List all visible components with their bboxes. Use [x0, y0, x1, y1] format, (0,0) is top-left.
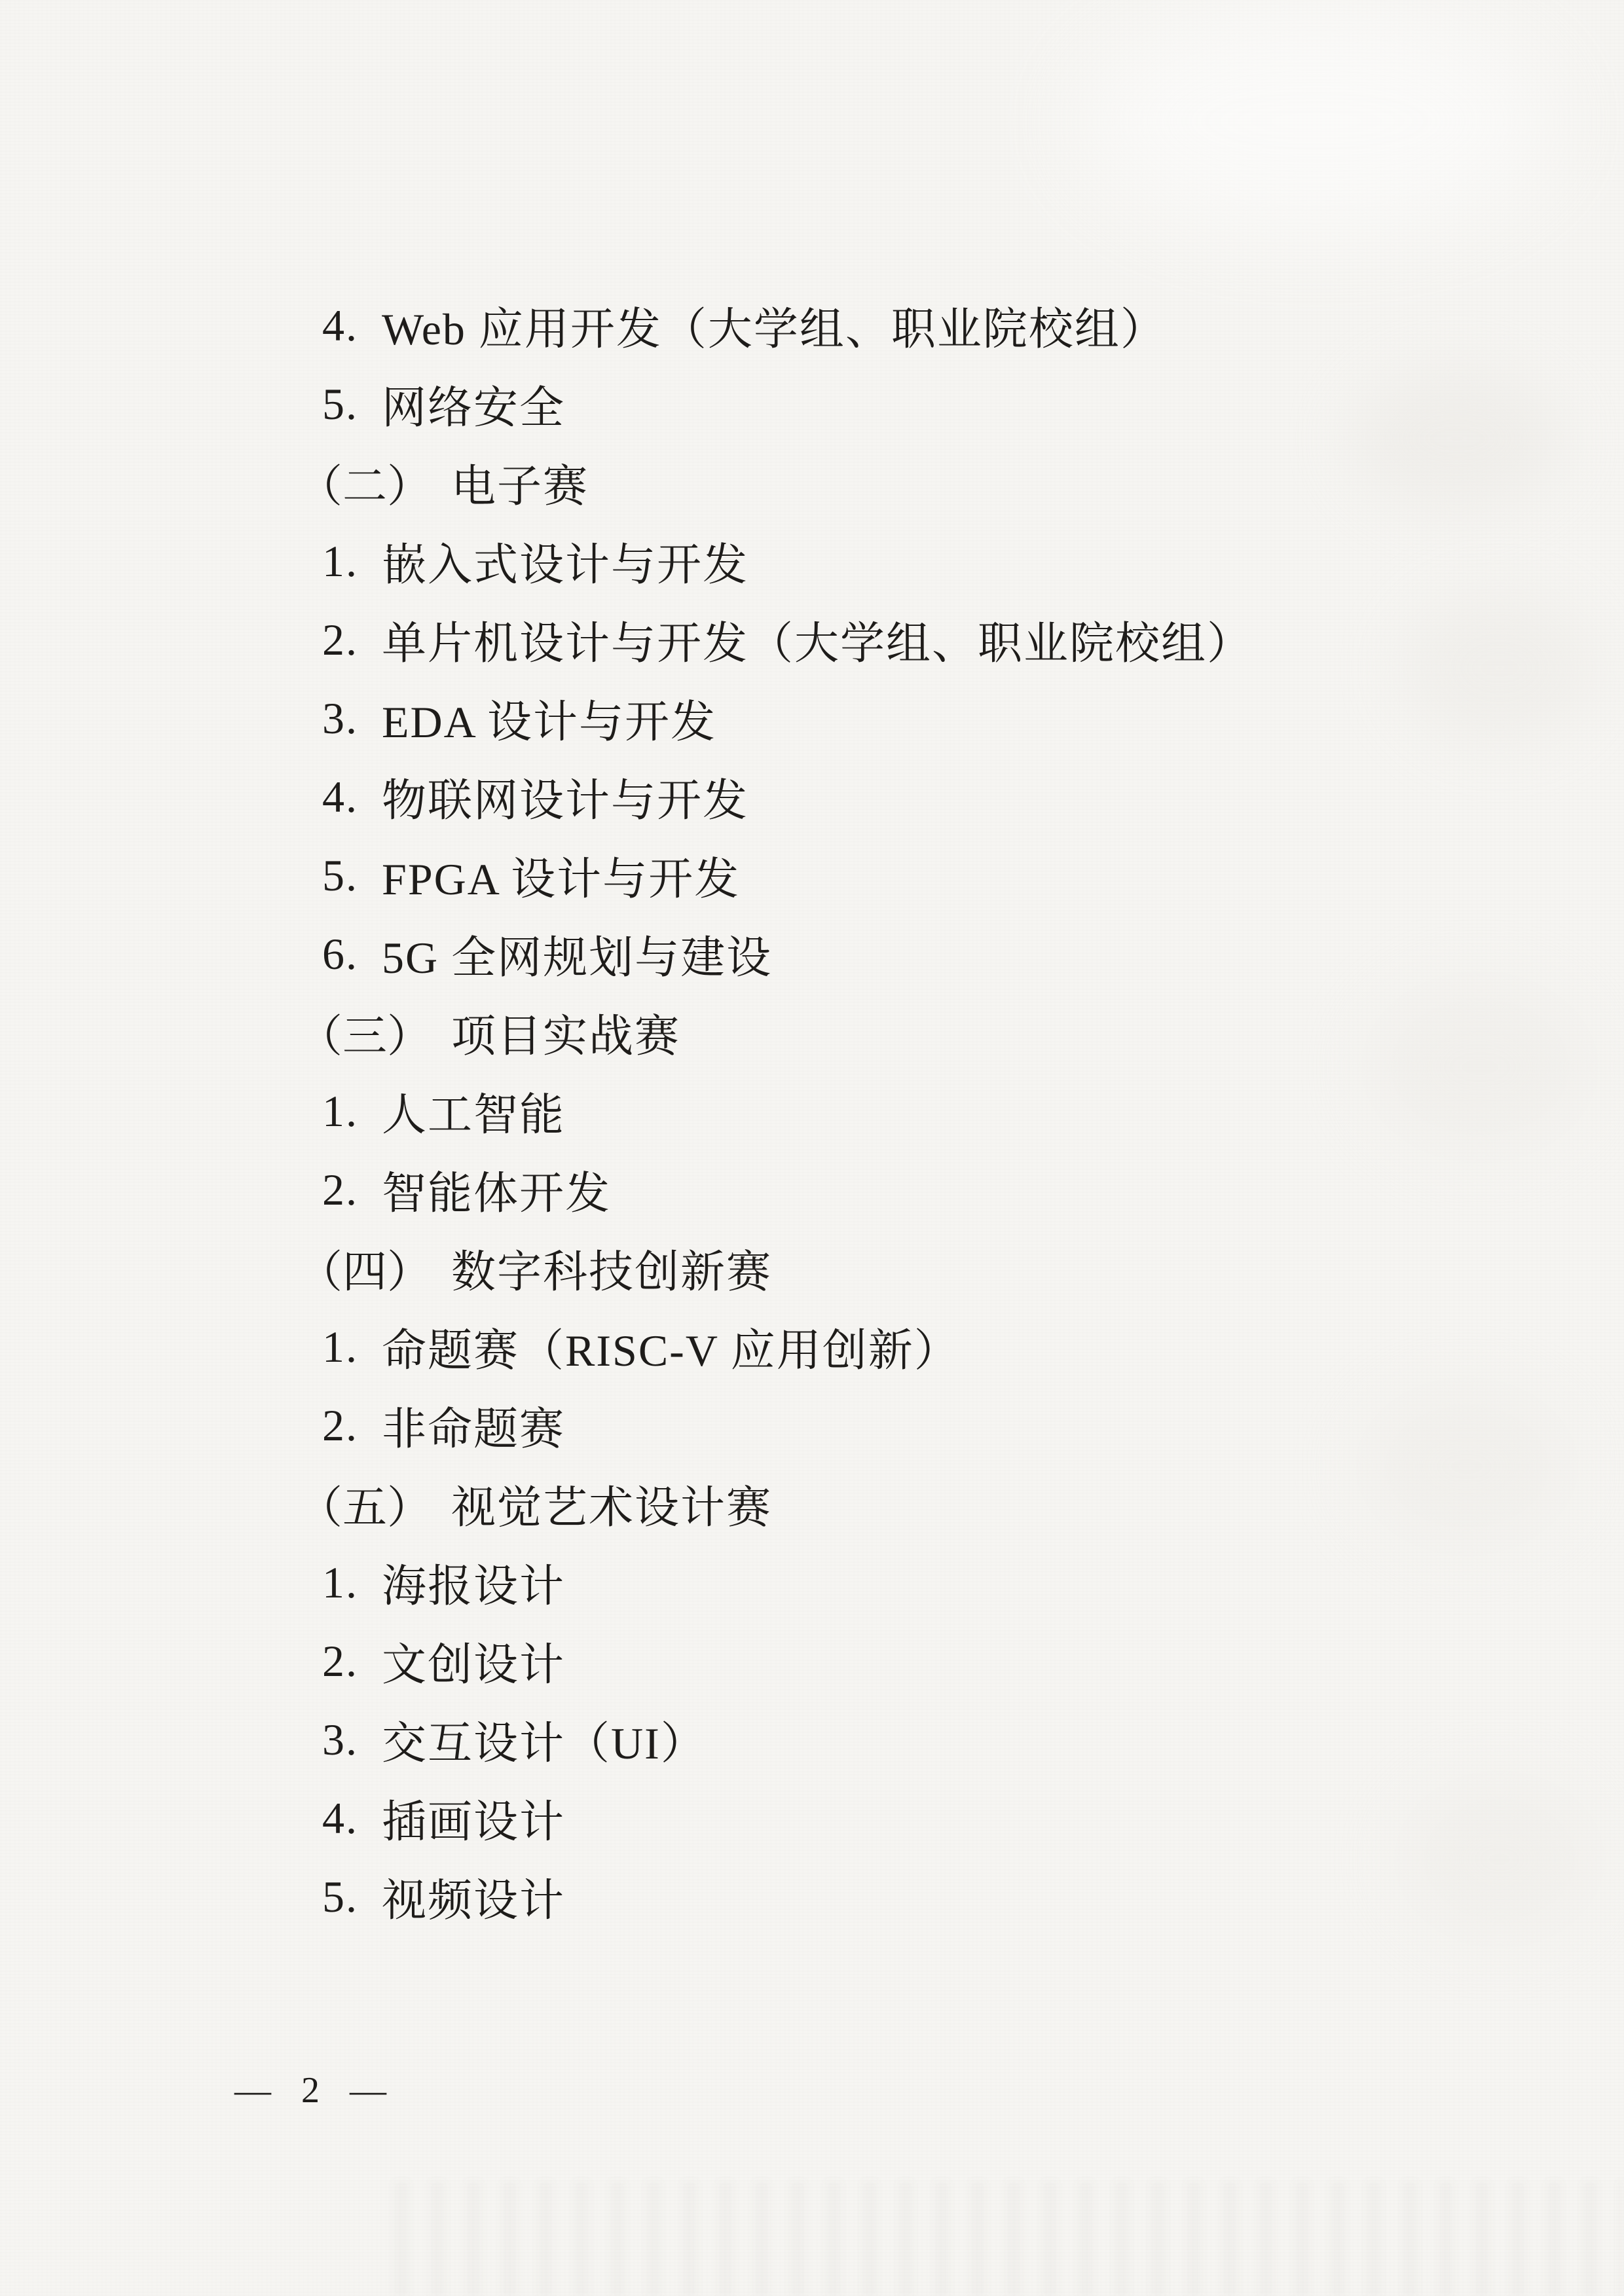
- scan-artifact-band: [393, 2180, 1624, 2296]
- scan-artifact-light-streak: [1080, 13, 1552, 229]
- list-item-text: Web 应用开发（大学组、职业院校组）: [382, 294, 1166, 357]
- list-item-text: 物联网设计与开发: [382, 765, 748, 829]
- section-heading-marker: （五）: [298, 1472, 432, 1536]
- list-item-marker: 5.: [322, 850, 358, 902]
- section-heading-marker: （二）: [298, 451, 432, 515]
- list-item: 6. 5G 全网规划与建设: [0, 915, 1624, 993]
- list-item-marker: 2.: [322, 614, 358, 666]
- list-item-marker: 6.: [322, 928, 358, 980]
- body-text: 4. Web 应用开发（大学组、职业院校组） 5. 网络安全 （二） 电子赛 1…: [0, 286, 1624, 1936]
- list-item-marker: 3.: [322, 693, 358, 744]
- section-heading: （五） 视觉艺术设计赛: [0, 1465, 1624, 1543]
- list-item-text: EDA 设计与开发: [382, 687, 716, 750]
- list-item-text: 视频设计: [382, 1865, 565, 1929]
- list-item: 3. EDA 设计与开发: [0, 679, 1624, 757]
- list-item: 1. 嵌入式设计与开发: [0, 522, 1624, 600]
- section-heading-text: 电子赛: [451, 451, 589, 515]
- page-number: 2: [301, 2069, 320, 2111]
- list-item: 5. FPGA 设计与开发: [0, 836, 1624, 915]
- list-item-marker: 5.: [322, 378, 358, 430]
- list-item: 4. Web 应用开发（大学组、职业院校组）: [0, 286, 1624, 365]
- list-item-marker: 3.: [322, 1714, 358, 1766]
- list-item: 1. 海报设计: [0, 1543, 1624, 1622]
- section-heading-text: 项目实战赛: [451, 1001, 680, 1065]
- list-item-marker: 2.: [322, 1635, 358, 1687]
- list-item-text: 命题赛（RISC-V 应用创新）: [382, 1315, 960, 1379]
- section-heading-marker: （三）: [298, 1001, 432, 1065]
- list-item: 5. 视频设计: [0, 1857, 1624, 1936]
- section-heading-text: 数字科技创新赛: [451, 1237, 772, 1300]
- list-item-text: 5G 全网规划与建设: [382, 922, 772, 986]
- section-heading-marker: （四）: [298, 1237, 432, 1300]
- list-item-marker: 1.: [322, 1321, 358, 1373]
- list-item-text: 插画设计: [382, 1787, 565, 1850]
- list-item-text: 非命题赛: [382, 1394, 565, 1457]
- list-item: 1. 命题赛（RISC-V 应用创新）: [0, 1307, 1624, 1386]
- list-item: 2. 单片机设计与开发（大学组、职业院校组）: [0, 600, 1624, 679]
- list-item-text: 网络安全: [382, 373, 565, 436]
- list-item-marker: 1.: [322, 1557, 358, 1609]
- list-item-text: 文创设计: [382, 1630, 565, 1693]
- list-item: 2. 智能体开发: [0, 1150, 1624, 1229]
- list-item: 5. 网络安全: [0, 365, 1624, 443]
- document-page: 4. Web 应用开发（大学组、职业院校组） 5. 网络安全 （二） 电子赛 1…: [0, 0, 1624, 2296]
- list-item: 2. 非命题赛: [0, 1386, 1624, 1465]
- list-item: 3. 交互设计（UI）: [0, 1700, 1624, 1779]
- list-item-text: 人工智能: [382, 1080, 565, 1143]
- list-item-text: 交互设计（UI）: [382, 1708, 707, 1772]
- list-item: 1. 人工智能: [0, 1072, 1624, 1150]
- footer-right-dash: —: [350, 2069, 386, 2111]
- list-item-marker: 4.: [322, 1793, 358, 1844]
- list-item-text: FPGA 设计与开发: [382, 844, 740, 907]
- section-heading: （二） 电子赛: [0, 443, 1624, 522]
- section-heading: （三） 项目实战赛: [0, 993, 1624, 1072]
- list-item: 4. 物联网设计与开发: [0, 757, 1624, 836]
- footer-left-dash: —: [234, 2069, 271, 2111]
- page-footer: — 2 —: [234, 2061, 386, 2120]
- list-item: 4. 插画设计: [0, 1779, 1624, 1857]
- list-item-marker: 1.: [322, 1085, 358, 1137]
- list-item-text: 嵌入式设计与开发: [382, 530, 748, 593]
- section-heading: （四） 数字科技创新赛: [0, 1229, 1624, 1307]
- list-item-marker: 2.: [322, 1400, 358, 1451]
- list-item-text: 单片机设计与开发（大学组、职业院校组）: [382, 608, 1253, 672]
- list-item-marker: 1.: [322, 536, 358, 587]
- list-item-marker: 4.: [322, 300, 358, 352]
- list-item: 2. 文创设计: [0, 1622, 1624, 1700]
- list-item-marker: 5.: [322, 1871, 358, 1923]
- section-heading-text: 视觉艺术设计赛: [451, 1472, 772, 1536]
- list-item-marker: 2.: [322, 1164, 358, 1216]
- list-item-text: 海报设计: [382, 1551, 565, 1614]
- list-item-text: 智能体开发: [382, 1158, 611, 1222]
- list-item-marker: 4.: [322, 771, 358, 823]
